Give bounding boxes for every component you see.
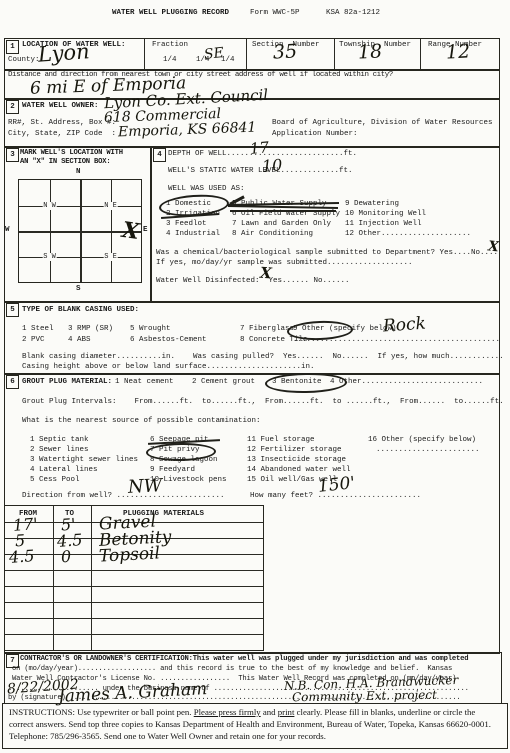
grout-option-cement-grout: 2 Cement grout [192, 379, 255, 387]
contam-lateral-lines: 4 Lateral lines [30, 467, 98, 475]
table-divider [53, 506, 54, 650]
casing-diameter-line: Blank casing diameter..........in. Was c… [22, 354, 504, 362]
divider [246, 39, 247, 70]
casing-other-value: Rock [383, 317, 427, 335]
form-number: Form WWC-5P [250, 10, 300, 18]
section3-title-line2: AN "X" IN SECTION BOX: [20, 159, 111, 166]
section1-number: 1 [6, 40, 19, 54]
section-number-value: 35 [273, 43, 298, 61]
section2-number: 2 [6, 100, 19, 114]
business-name-line2: Community Ext. project [292, 690, 437, 703]
section6-title: GROUT PLUG MATERIAL: [22, 379, 112, 387]
feet-value: 150' [317, 476, 356, 495]
direction-from-well-label: Direction from well? ...................… [22, 493, 225, 501]
county-label: County: [8, 57, 40, 65]
compass-south-label: S [76, 285, 81, 293]
casing-option-asbestos: 6 Asbestos-Cement [130, 337, 207, 345]
contam-abandoned-well: 14 Abandoned water well [247, 467, 351, 475]
contam-fertilizer-storage: 12 Fertilizer storage [247, 447, 342, 455]
section3-number: 3 [6, 148, 19, 162]
certification-line1: CONTRACTOR'S OR LANDOWNER'S CERTIFICATIO… [20, 656, 468, 663]
grid-sw-label: S W [42, 253, 57, 261]
public-water-underline-mark [230, 210, 336, 212]
instructions-underline-2: print [278, 707, 295, 717]
casing-option-rmp: 3 RMP (SR) [68, 326, 113, 334]
contam-insecticide-storage: 13 Insecticide storage [247, 457, 346, 465]
contamination-question: What is the nearest source of possible c… [22, 418, 261, 426]
casing-option-fiberglass: 7 Fiberglass [240, 326, 294, 334]
contam-sewer-lines: 2 Sewer lines [30, 447, 89, 455]
grid-line [19, 206, 141, 207]
table-line [5, 602, 263, 603]
casing-option-abs: 4 ABS [68, 337, 91, 345]
section5-number: 5 [6, 303, 19, 317]
grid-se-label: S E [103, 253, 118, 261]
divider [144, 39, 145, 70]
contam-cess-pool: 5 Cess Pool [30, 477, 80, 485]
disinfected-yes-x-mark: X [260, 267, 273, 281]
use-option-dewatering: 9 Dewatering [345, 201, 399, 209]
row3-from: 4.5 [9, 549, 35, 565]
contam-other: 16 Other (specify below) [368, 437, 476, 445]
contam-septic-tank: 1 Septic tank [30, 437, 89, 445]
county-value: Lyon [37, 42, 90, 64]
depth-value: 17 [249, 141, 269, 156]
section4-number: 4 [153, 148, 166, 162]
use-option-monitoring: 10 Monitoring Well [345, 211, 426, 219]
table-divider [91, 506, 92, 650]
disinfected-line: Water Well Disinfected: Yes...... No....… [156, 278, 350, 286]
grid-nw-label: N W [42, 202, 57, 210]
grout-option-neat-cement: 1 Neat cement [115, 379, 174, 387]
form-title: WATER WELL PLUGGING RECORD [112, 10, 229, 18]
contam-feedyard: 9 Feedyard [150, 467, 195, 475]
use-option-other: 12 Other.................... [345, 231, 471, 239]
casing-option-steel: 1 Steel [22, 326, 54, 334]
use-option-oil-field: 6 Oil Field Water Supply [232, 211, 340, 219]
casing-option-pvc: 2 PVC [22, 337, 45, 345]
water-well-plugging-record-form: WATER WELL PLUGGING RECORD Form WWC-5P K… [0, 0, 510, 753]
compass-east-label: E [143, 226, 148, 234]
address-label: RR#, St. Address, Box #: [8, 120, 116, 128]
grid-ne-label: N E [103, 202, 118, 210]
township-number-value: 18 [358, 43, 383, 61]
statute-number: KSA 82a-1212 [326, 10, 380, 18]
casing-option-wrought: 5 Wrought [130, 326, 171, 334]
use-option-lawn-garden: 7 Lawn and Garden Only [232, 221, 331, 229]
contam-other-dots: ....................... [376, 447, 480, 455]
instructions-underline-1: Please press firmly [194, 707, 261, 717]
use-option-feedlot: 3 Feedlot [166, 221, 207, 229]
agency-label: Board of Agriculture, Division of Water … [272, 120, 493, 128]
compass-north-label: N [76, 168, 81, 176]
fraction-quarter-1: 1/4 [163, 57, 177, 65]
use-option-air-conditioning: 8 Air Conditioning [232, 231, 313, 239]
grout-intervals-line: Grout Plug Intervals: From......ft. to..… [22, 399, 504, 407]
fraction-quarter-3: 1/4 [221, 57, 235, 65]
sample-date-line: If yes, mo/day/yr sample was submitted..… [156, 260, 413, 268]
table-line [5, 586, 263, 587]
section3-title-line1: MARK WELL'S LOCATION WITH [20, 150, 123, 157]
divider [420, 39, 421, 70]
contam-watertight-sewer: 3 Watertight sewer lines [30, 457, 138, 465]
range-number-value: 12 [446, 43, 471, 61]
section6-number: 6 [6, 375, 19, 389]
instructions-text-2: and [261, 707, 278, 717]
sample-question-line: Was a chemical/bacteriological sample su… [156, 250, 498, 258]
direction-value: NW [128, 478, 163, 496]
fraction-label: Fraction [152, 42, 188, 50]
grid-line [19, 257, 141, 258]
table-line [5, 570, 263, 571]
well-used-as-title: WELL WAS USED AS: [168, 186, 245, 194]
well-location-x-mark: X [121, 221, 141, 243]
sample-no-x-mark: X [487, 240, 499, 254]
section2-title: WATER WELL OWNER: [22, 103, 99, 111]
table-line [5, 634, 263, 635]
grout-option-other: 4 Other........................... [330, 379, 483, 387]
use-option-industrial: 4 Industrial [166, 231, 220, 239]
plugging-materials-table: FROM TO PLUGGING MATERIALS 17' 5' Gravel… [4, 505, 264, 651]
use-option-injection: 11 Injection Well [345, 221, 422, 229]
casing-height-line: Casing height above or below land surfac… [22, 364, 315, 372]
table-line [5, 618, 263, 619]
certification-line2: on (mo/day/year)................... and … [12, 666, 452, 673]
compass-west-label: W [5, 226, 10, 234]
application-number-label: Application Number: [272, 131, 358, 139]
section5-title: TYPE OF BLANK CASING USED: [22, 307, 139, 315]
instructions-block: INSTRUCTIONS: Use typewriter or ball poi… [2, 703, 508, 749]
row3-to: 0 [61, 550, 72, 565]
divider [334, 39, 335, 70]
static-level-value: 10 [262, 158, 283, 174]
instructions-text-1: INSTRUCTIONS: Use typewriter or ball poi… [9, 707, 194, 717]
row3-material: Topsoil [99, 546, 161, 564]
city-label: City, State, ZIP Code : [8, 131, 116, 139]
static-water-level-line: WELL'S STATIC WATER LEVEL.............ft… [168, 168, 353, 176]
contam-fuel-storage: 11 Fuel storage [247, 437, 315, 445]
